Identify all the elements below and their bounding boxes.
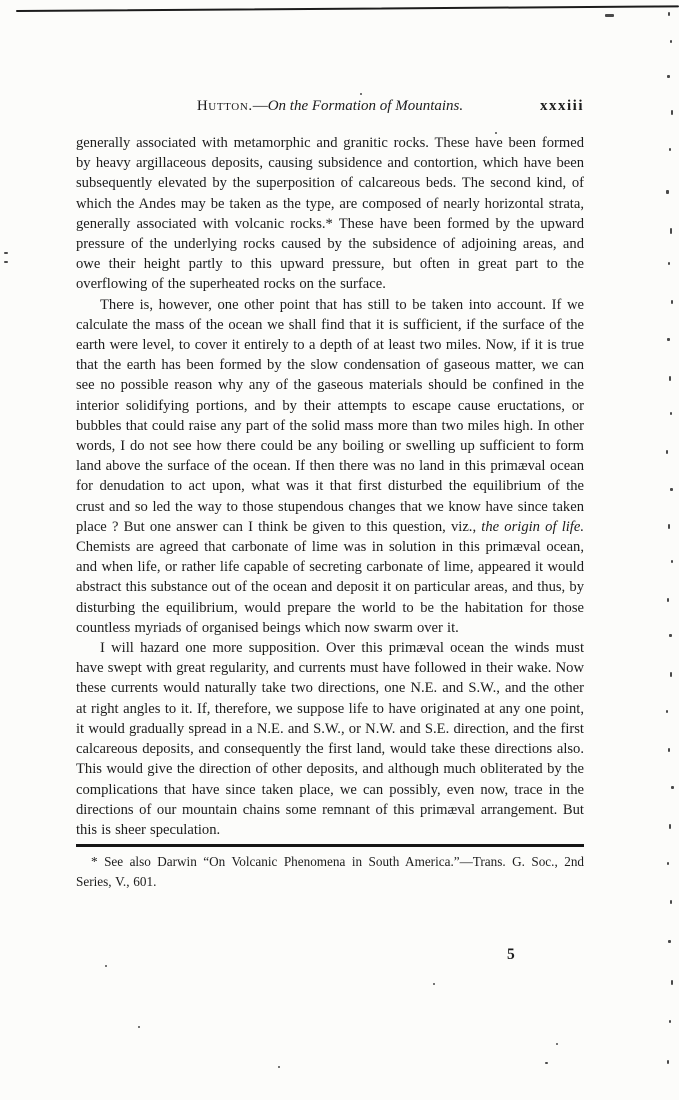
header-page-number: xxxiii (540, 98, 584, 115)
scan-speck (669, 376, 671, 381)
scan-speck (545, 1062, 548, 1064)
scan-speck (138, 1026, 140, 1028)
scan-speck (668, 12, 670, 16)
scan-speck (671, 980, 673, 985)
scan-speck (670, 488, 673, 491)
scan-speck (667, 1060, 669, 1064)
text-block: Hutton.—On the Formation of Mountains. x… (76, 98, 584, 893)
scan-speck (668, 940, 671, 943)
text-segment: generally associated with metamorphic an… (76, 135, 584, 292)
scan-speck (671, 560, 673, 563)
scan-speck (666, 450, 668, 454)
scan-speck (4, 261, 8, 263)
scan-speck (668, 524, 670, 529)
header-separator: — (253, 98, 268, 114)
scan-speck (668, 262, 670, 265)
scan-speck (670, 40, 672, 43)
footnote-text: See also Darwin “On Volcanic Phenomena i… (76, 854, 584, 890)
scan-speck (4, 252, 8, 254)
page-top-edge-line (16, 5, 679, 12)
scan-speck (495, 132, 497, 134)
scan-speck (670, 900, 672, 904)
header-title-group: Hutton.—On the Formation of Mountains. (197, 98, 463, 114)
footnote-rule (76, 844, 584, 847)
scan-speck (668, 748, 670, 752)
scan-speck (667, 598, 669, 602)
scan-speck (433, 983, 435, 985)
footnote-marker: * (91, 854, 98, 869)
scan-speck (670, 228, 672, 234)
body-paragraphs: generally associated with metamorphic an… (76, 133, 584, 840)
text-segment: Chemists are agreed that carbonate of li… (76, 539, 584, 636)
scan-speck (670, 672, 672, 677)
scan-speck (667, 862, 669, 865)
scan-speck (671, 300, 673, 304)
paragraph: There is, however, one other point that … (76, 295, 584, 638)
signature-number: 5 (507, 946, 515, 964)
scan-speck (671, 786, 674, 789)
scan-speck (667, 338, 670, 341)
scan-speck (669, 148, 671, 151)
scan-speck (605, 14, 614, 17)
paragraph: I will hazard one more supposition. Over… (76, 638, 584, 840)
scan-speck (667, 75, 670, 78)
scan-speck (669, 1020, 671, 1023)
scanned-page: Hutton.—On the Formation of Mountains. x… (0, 0, 679, 1100)
scan-speck (666, 190, 669, 194)
scan-speck (671, 110, 673, 115)
text-segment: There is, however, one other point that … (76, 297, 584, 535)
footnote: * See also Darwin “On Volcanic Phenomena… (76, 852, 584, 893)
scan-speck (669, 824, 671, 829)
scan-speck (360, 93, 362, 95)
running-header: Hutton.—On the Formation of Mountains. x… (76, 98, 584, 118)
text-segment: I will hazard one more supposition. Over… (76, 640, 584, 838)
italic-text-segment: the origin of life. (481, 519, 584, 535)
scan-speck (669, 634, 672, 637)
scan-speck (278, 1066, 280, 1068)
header-author: Hutton. (197, 98, 253, 114)
scan-speck (670, 412, 672, 415)
paragraph: generally associated with metamorphic an… (76, 133, 584, 295)
scan-speck (556, 1043, 558, 1045)
scan-speck (105, 965, 107, 967)
header-title: On the Formation of Mountains. (268, 98, 463, 114)
scan-speck (666, 710, 668, 713)
